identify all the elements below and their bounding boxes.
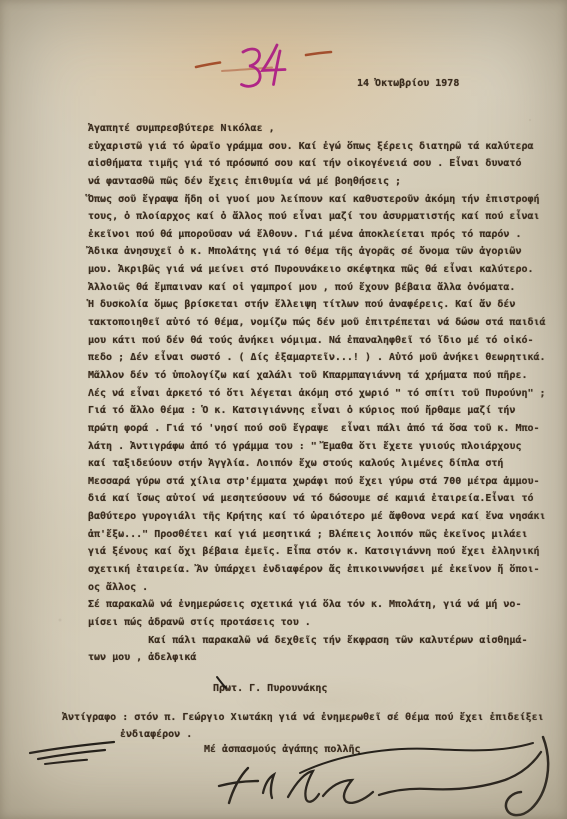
letter-line: καί ταξιδεύουν στήν Ἀγγλία. Λοιπόν ἔχω σ… [88,455,546,473]
letter-body: Ἀγαπητέ συμπρεσβύτερε Νικόλαε ,εὐχαριστῶ… [88,120,546,667]
letter-line: ος ἄλλος . [88,579,546,597]
letter-line: Ἀλλοιῶς θά ἔμπαιναν καί οἱ γαμπροί μου ,… [88,279,546,297]
letter-line: νά φαντασθῶ πῶς δέν ἔχεις ἐπιθυμία νά μέ… [88,173,546,191]
letter-line: μου κάτι πού δέν θά τούς ἀνήκει νόμιμα. … [88,332,546,350]
letter-line: διά καί ἴσως αὐτοί νά μεσητεύσουν νά τό … [88,490,546,508]
letter-date: 14 Ὀκτωβρίου 1978 [357,78,459,89]
sender-name: Πρωτ. Γ. Πυρουνάκης [213,683,327,694]
letter-line: ἀπ'ἔξω..." Προσθέτει καί γιά μεσητικά ; … [88,526,546,544]
letter-line: των μου , ἀδελφικά [88,649,546,667]
letter-line: Λές νά εἶναι ἀρκετό τό ὅτι λέγεται ἀκόμη… [88,385,546,403]
handwritten-dash-right [306,52,331,55]
letter-line: Ὅπως σοῦ ἔγραψα ἤδη οἱ γυοί μου λείπουν … [88,191,546,209]
copy-note-line2: ἐνδιαφέρον . [120,729,192,740]
letter-line: τους, ὁ πλοίαρχος καί ὁ ἄλλος πού εἶναι … [88,208,546,226]
letter-line: πεδο ; Δέν εἶναι σωστό . ( Δίς ἐξαμαρτεῖ… [88,349,546,367]
digit-4 [263,45,286,85]
letter-page: 14 Ὀκτωβρίου 1978 Ἀγαπητέ συμπρεσβύτερε … [0,0,567,819]
closing-salutation: Μέ ἀσπασμούς ἀγάπης πολλῆς [204,744,361,755]
letter-line: Ἀγαπητέ συμπρεσβύτερε Νικόλαε , [88,120,546,138]
letter-line: Γιά τό ἄλλο θέμα : Ὁ κ. Κατσιγιάννης εἶν… [88,402,546,420]
handwritten-underline [222,68,272,72]
letter-line: πρώτη φορά . Γιά τό 'νησί πού σοῦ ἔγραψε… [88,420,546,438]
letter-line: Καί πάλι παρακαλῶ νά δεχθεῖς τήν ἔκφραση… [88,632,546,650]
letter-line: Μεσσαρά γύρω στά χίλια στρ'έμματα χωράφι… [88,473,546,491]
letter-line: τακτοποιηθεῖ αὐτό τό θέμα, νομίζω πώς δέ… [88,314,546,332]
handwritten-dash-left [196,63,220,68]
letter-line: λάτη . Ἀντιγράφω ἀπό τό γράμμα του : " Ἔ… [88,438,546,456]
letter-line: μίσει πώς ἀδρανῶ στίς προτάσεις του . [88,614,546,632]
letter-line: αἰσθήματα τιμῆς γιά τό πρόσωπό σου καί τ… [88,155,546,173]
letter-line: Ἄδικα ἀνησυχεῖ ὁ κ. Μπολάτης γιά τό θέμα… [88,243,546,261]
letter-line: ἐκεῖνοι πού θά μποροῦσαν νά ἔλθουν. Γιά … [88,226,546,244]
letter-line: Ἡ δυσκολία ὅμως βρίσκεται στήν ἔλλειψη τ… [88,296,546,314]
letter-line: εὐχαριστῶ γιά τό ὡραῖο γράμμα σου. Καί ἐ… [88,138,546,156]
letter-line: Σέ παρακαλῶ νά ἐνημερώσεις σχετικά γιά ὅ… [88,596,546,614]
letter-line: μου. Ἀκριβῶς γιά νά μείνει στό Πυρουνάκε… [88,261,546,279]
copy-note-line1: Ἀντίγραφο : στόν π. Γεώργιο Χιωτάκη γιά … [62,712,544,723]
letter-line: γιά ξένους καί ὄχι βέβαια ἐμεῖς. Εἶπα στ… [88,543,546,561]
letter-line: σχετική ἑταιρεία. Ἄν ὑπάρχει ἐνδιαφέρον … [88,561,546,579]
letter-line: Μᾶλλον δέν τό ὑπολογίζω καί χαλάλι τοῦ Κ… [88,367,546,385]
letter-line: βαθύτερο γυρογιάλι τῆς Κρήτης καί τό ὡρα… [88,508,546,526]
digit-3 [242,49,261,86]
